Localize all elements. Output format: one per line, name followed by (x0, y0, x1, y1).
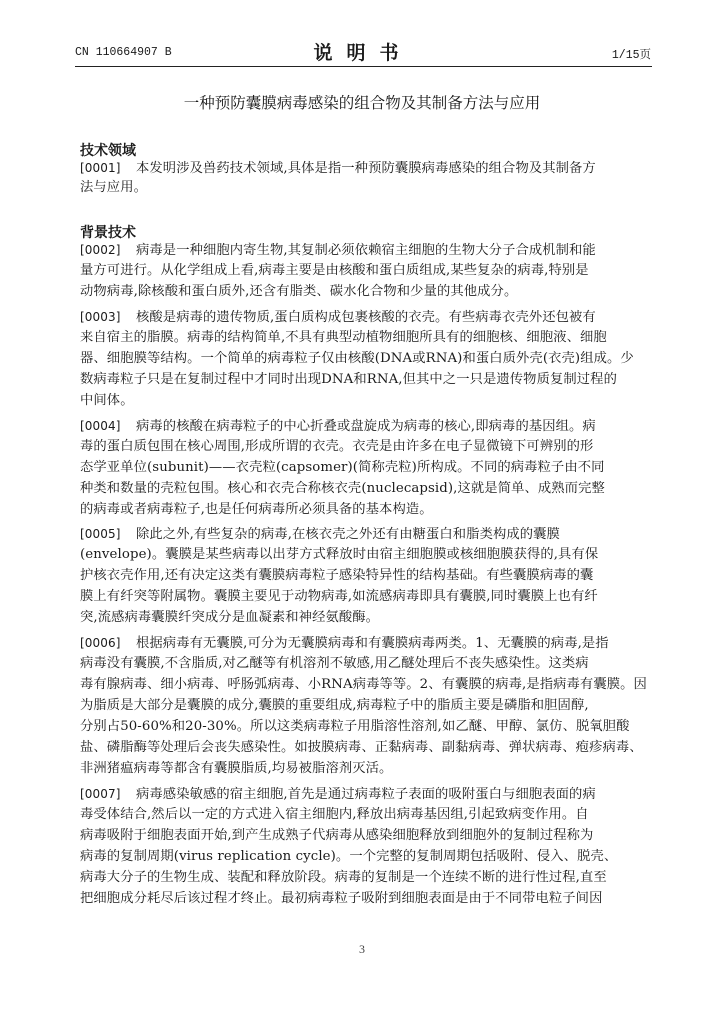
paragraph-line: [0003]核酸是病毒的遗传物质,蛋白质构成包裹核酸的衣壳。有些病毒衣壳外还包被… (80, 307, 650, 327)
paragraph-line: 分别占50-60%和20-30%。所以这类病毒粒子用脂溶性溶剂,如乙醚、甲醇、氯… (80, 717, 650, 737)
paragraph-line: [0005]除此之外,有些复杂的病毒,在核衣壳之外还有由糖蛋白和脂类构成的囊膜 (80, 524, 650, 544)
paragraph-line: [0002]病毒是一种细胞内寄生物,其复制必须依赖宿主细胞的生物大分子合成机制和… (80, 240, 650, 260)
header-rule (75, 66, 652, 67)
document-type: 说明书 (75, 38, 651, 65)
paragraph-line: 膜上有纤突等附属物。囊膜主要见于动物病毒,如流感病毒即具有囊膜,同时囊膜上也有纤 (80, 587, 650, 607)
paragraph-line: 器、细胞膜等结构。一个简单的病毒粒子仅由核酸(DNA或RNA)和蛋白质外壳(衣壳… (80, 349, 650, 369)
paragraph-line: 非洲猪瘟病毒等都含有囊膜脂质,均易被脂溶剂灭活。 (80, 759, 650, 779)
paragraph-line: 来自宿主的脂膜。病毒的结构简单,不具有典型动植物细胞所具有的细胞核、细胞液、细胞 (80, 328, 650, 348)
paragraph-number: [0007] (80, 784, 136, 804)
paragraph-number: [0005] (80, 524, 136, 544)
page-number: 3 (0, 942, 724, 957)
paragraph-line: 种类和数量的壳粒包围。核心和衣壳合称核衣壳(nuclecapsid),这就是简单… (80, 479, 650, 499)
section-heading-technical-field: 技术领域 (80, 140, 136, 160)
page-indicator: 1/15页 (612, 46, 651, 62)
paragraph-line: 病毒的复制周期(virus replication cycle)。一个完整的复制… (80, 847, 650, 867)
header-bar: CN 110664907 B 说明书 1/15页 (75, 38, 651, 62)
document-title: 一种预防囊膜病毒感染的组合物及其制备方法与应用 (0, 91, 724, 113)
paragraph-line: 为脂质是大部分是囊膜的成分,囊膜的重要组成,病毒粒子中的脂质主要是磷脂和胆固醇, (80, 696, 650, 716)
paragraph-line: 动物病毒,除核酸和蛋白质外,还含有脂类、碳水化合物和少量的其他成分。 (80, 282, 650, 302)
paragraph-line: 法与应用。 (80, 178, 650, 198)
paragraph-line: 护核衣壳作用,还有决定这类有囊膜病毒粒子感染特异性的结构基础。有些囊膜病毒的囊 (80, 566, 650, 586)
paragraph-number: [0002] (80, 240, 136, 260)
paragraph-line: 突,流感病毒囊膜纤突成分是血凝素和神经氨酸酶。 (80, 608, 650, 628)
paragraph-line: 把细胞成分耗尽后该过程才终止。最初病毒粒子吸附到细胞表面是由于不同带电粒子间因 (80, 889, 650, 909)
paragraph-line: 病毒没有囊膜,不含脂质,对乙醚等有机溶剂不敏感,用乙醚处理后不丧失感染性。这类病 (80, 654, 650, 674)
paragraph-line: 盐、磷脂酶等处理后会丧失感染性。如披膜病毒、正黏病毒、副黏病毒、弹状病毒、疱疹病… (80, 738, 650, 758)
paragraph-number: [0001] (80, 158, 136, 178)
paragraph-line: 病毒吸附于细胞表面开始,到产生成熟子代病毒从感染细胞释放到细胞外的复制过程称为 (80, 826, 650, 846)
paragraph-line: [0006]根据病毒有无囊膜,可分为无囊膜病毒和有囊膜病毒两类。1、无囊膜的病毒… (80, 633, 650, 653)
paragraph-line: 毒受体结合,然后以一定的方式进入宿主细胞内,释放出病毒基因组,引起致病变作用。自 (80, 805, 650, 825)
paragraph-line: [0001]本发明涉及兽药技术领域,具体是指一种预防囊膜病毒感染的组合物及其制备… (80, 158, 650, 178)
paragraph-line: 毒有腺病毒、细小病毒、呼肠弧病毒、小RNA病毒等等。2、有囊膜的病毒,是指病毒有… (80, 675, 650, 695)
paragraph-line: (envelope)。囊膜是某些病毒以出芽方式释放时由宿主细胞膜或核细胞膜获得的… (80, 545, 650, 565)
paragraph-line: [0007]病毒感染敏感的宿主细胞,首先是通过病毒粒子表面的吸附蛋白与细胞表面的… (80, 784, 650, 804)
paragraph-line: 态学亚单位(subunit)——衣壳粒(capsomer)(简称壳粒)所构成。不… (80, 458, 650, 478)
paragraph-line: 毒的蛋白质包围在核心周围,形成所谓的衣壳。衣壳是由许多在电子显微镜下可辨别的形 (80, 437, 650, 457)
section-heading-background: 背景技术 (80, 222, 136, 242)
paragraph-line: 的病毒或者病毒粒子,也是任何病毒所必须具备的基本构造。 (80, 500, 650, 520)
paragraph-line: [0004]病毒的核酸在病毒粒子的中心折叠或盘旋成为病毒的核心,即病毒的基因组。… (80, 416, 650, 436)
paragraph-line: 中间体。 (80, 391, 650, 411)
paragraph-number: [0003] (80, 307, 136, 327)
paragraph-line: 病毒大分子的生物生成、装配和释放阶段。病毒的复制是一个连续不断的进行性过程,直至 (80, 868, 650, 888)
paragraph-line: 数病毒粒子只是在复制过程中才同时出现DNA和RNA,但其中之一只是遗传物质复制过… (80, 370, 650, 390)
paragraph-number: [0006] (80, 633, 136, 653)
paragraph-number: [0004] (80, 416, 136, 436)
paragraph-line: 量方可进行。从化学组成上看,病毒主要是由核酸和蛋白质组成,某些复杂的病毒,特别是 (80, 261, 650, 281)
